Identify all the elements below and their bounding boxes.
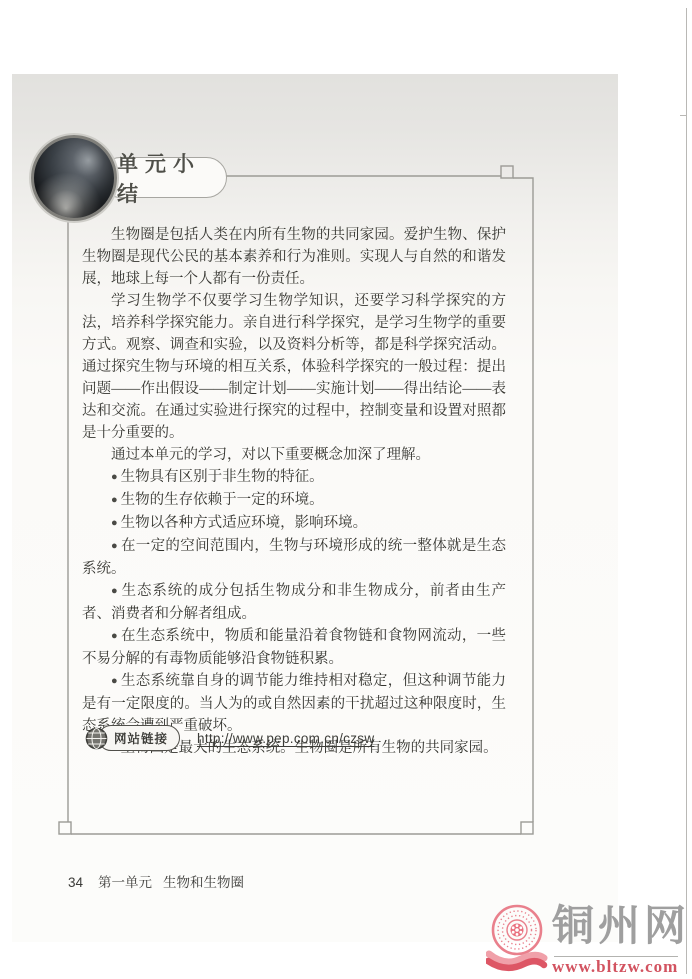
watermark: 铜州网 www.bltzw.com bbox=[486, 901, 692, 977]
unit-label: 第一单元 bbox=[98, 871, 152, 891]
page-footer: 34 第一单元 生物和生物圈 bbox=[68, 871, 244, 891]
paragraph-2: 学习生物学不仅要学习生物学知识，还要学习科学探究的方法，培养科学探究能力。亲自进… bbox=[82, 290, 506, 444]
earth-photo bbox=[31, 135, 117, 221]
paragraph-1: 生物圈是包括人类在内所有生物的共同家园。爱护生物、保护生物圈是现代公民的基本素养… bbox=[82, 224, 506, 290]
frame-corner-knob-bottom-left bbox=[59, 822, 71, 834]
website-link-row: 网站链接 http://www.pep.com.cn/czsw bbox=[84, 724, 374, 752]
bullet-icon: ● bbox=[111, 585, 119, 597]
bullet-text: 生态系统的成分包括生物成分和非生物成分，前者由生产者、消费者和分解者组成。 bbox=[82, 583, 506, 622]
scanned-textbook-page: 单元小结 生物圈是包括人类在内所有生物的共同家园。爱护生物、保护生物圈是现代公民… bbox=[0, 0, 692, 979]
paragraph-3: 通过本单元的学习，对以下重要概念加深了理解。 bbox=[82, 444, 506, 466]
frame-corner-knob-bottom-right bbox=[521, 822, 533, 834]
bullet-item: ●生物以各种方式适应环境，影响环境。 bbox=[82, 512, 506, 535]
bullet-icon: ● bbox=[111, 471, 118, 483]
section-title: 单元小结 bbox=[117, 148, 226, 208]
bullet-item: ●生态系统的成分包括生物成分和非生物成分，前者由生产者、消费者和分解者组成。 bbox=[82, 580, 506, 625]
bullet-icon: ● bbox=[111, 630, 118, 642]
watermark-seal-logo bbox=[486, 901, 548, 977]
page-number: 34 bbox=[68, 875, 83, 890]
bullet-item: ●在生态系统中，物质和能量沿着食物链和食物网流动，一些不易分解的有毒物质能够沿食… bbox=[82, 625, 506, 670]
bullet-item: ●在一定的空间范围内，生物与环境形成的统一整体就是生态系统。 bbox=[82, 535, 506, 580]
section-title-pill: 单元小结 bbox=[100, 157, 227, 198]
bullet-text: 在生态系统中，物质和能量沿着食物链和食物网流动，一些不易分解的有毒物质能够沿食物… bbox=[82, 628, 506, 667]
bullet-text: 生物的生存依赖于一定的环境。 bbox=[121, 492, 324, 508]
bullet-icon: ● bbox=[111, 540, 118, 552]
website-link-label: 网站链接 bbox=[98, 725, 180, 751]
bullet-text: 生物具有区别于非生物的特征。 bbox=[121, 469, 324, 485]
summary-text: 生物圈是包括人类在内所有生物的共同家园。爱护生物、保护生物圈是现代公民的基本素养… bbox=[82, 224, 506, 760]
frame-corner-knob-top-right bbox=[501, 166, 513, 178]
bullet-text: 在一定的空间范围内，生物与环境形成的统一整体就是生态系统。 bbox=[82, 538, 506, 577]
summary-bullet-list: ●生物具有区别于非生物的特征。 ●生物的生存依赖于一定的环境。 ●生物以各种方式… bbox=[82, 466, 506, 760]
frame-right-line bbox=[513, 178, 533, 810]
bullet-icon: ● bbox=[111, 517, 118, 529]
unit-title: 生物和生物圈 bbox=[163, 871, 244, 891]
watermark-site-url: www.bltzw.com bbox=[552, 957, 678, 977]
bullet-icon: ● bbox=[111, 675, 118, 687]
globe-icon bbox=[84, 726, 109, 751]
bullet-text: 生物以各种方式适应环境，影响环境。 bbox=[121, 515, 368, 531]
website-url[interactable]: http://www.pep.com.cn/czsw bbox=[197, 731, 374, 746]
watermark-site-name: 铜州网 bbox=[552, 902, 692, 952]
bullet-item: ●生物的生存依赖于一定的环境。 bbox=[82, 489, 506, 512]
bullet-item: ●生物具有区别于非生物的特征。 bbox=[82, 466, 506, 489]
bullet-icon: ● bbox=[111, 494, 118, 506]
